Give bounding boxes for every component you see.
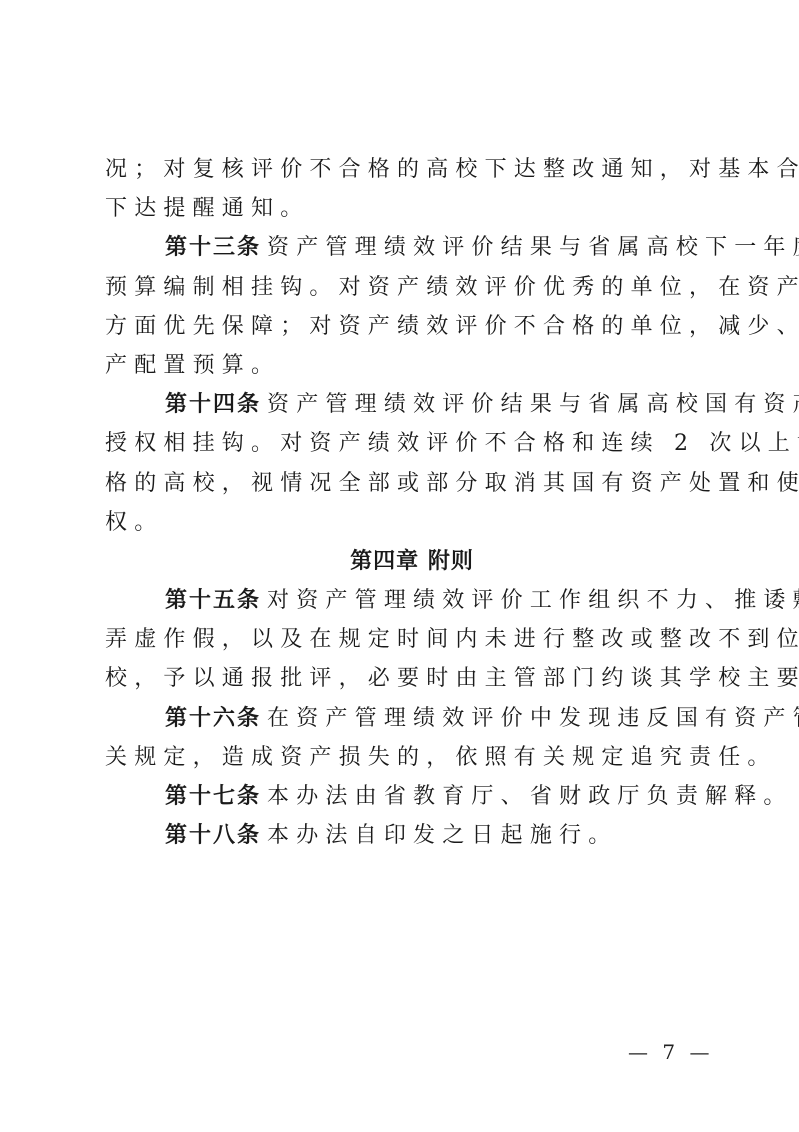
article-label: 第十三条 xyxy=(165,235,261,260)
paragraph-line: 方面优先保障；对资产绩效评价不合格的单位，减少、调整其资 xyxy=(105,307,705,346)
article-text: 在资产管理绩效评价中发现违反国有资产管理相 xyxy=(267,706,799,731)
article-text: 资产管理绩效评价结果与省属高校下一年度资产 xyxy=(267,235,799,260)
article-14: 第十四条资产管理绩效评价结果与省属高校国有资产管理 xyxy=(105,385,705,424)
document-body: 况；对复核评价不合格的高校下达整改通知，对基本合格的高校 下达提醒通知。 第十三… xyxy=(105,150,705,855)
paragraph-line: 弄虚作假，以及在规定时间内未进行整改或整改不到位的省属高 xyxy=(105,620,705,659)
article-label: 第十八条 xyxy=(165,823,261,848)
article-text: 资产管理绩效评价结果与省属高校国有资产管理 xyxy=(267,392,799,417)
paragraph-line: 况；对复核评价不合格的高校下达整改通知，对基本合格的高校 xyxy=(105,150,705,189)
article-label: 第十四条 xyxy=(165,392,261,417)
paragraph-line: 产配置预算。 xyxy=(105,346,705,385)
paragraph-line: 格的高校，视情况全部或部分取消其国有资产处置和使用管理授 xyxy=(105,464,705,503)
article-text: 本办法由省教育厅、省财政厅负责解释。 xyxy=(267,784,793,809)
page-number: — 7 — xyxy=(628,1040,713,1064)
paragraph-line: 关规定，造成资产损失的，依照有关规定追究责任。 xyxy=(105,738,705,777)
paragraph-line: 权。 xyxy=(105,503,705,542)
article-text: 对资产管理绩效评价工作组织不力、推诿敷衍、 xyxy=(267,588,799,613)
paragraph-line: 下达提醒通知。 xyxy=(105,189,705,228)
chapter-heading: 第四章 附则 xyxy=(105,542,705,581)
article-label: 第十五条 xyxy=(165,588,261,613)
article-text: 本办法自印发之日起施行。 xyxy=(267,823,617,848)
paragraph-line: 授权相挂钩。对资产绩效评价不合格和连续 2 次以上评为基本合 xyxy=(105,424,705,463)
article-15: 第十五条对资产管理绩效评价工作组织不力、推诿敷衍、 xyxy=(105,581,705,620)
paragraph-line: 预算编制相挂钩。对资产绩效评价优秀的单位，在资产配置预算 xyxy=(105,268,705,307)
article-16: 第十六条在资产管理绩效评价中发现违反国有资产管理相 xyxy=(105,699,705,738)
article-18: 第十八条本办法自印发之日起施行。 xyxy=(105,816,705,855)
article-label: 第十六条 xyxy=(165,706,261,731)
article-17: 第十七条本办法由省教育厅、省财政厅负责解释。 xyxy=(105,777,705,816)
paragraph-line: 校，予以通报批评，必要时由主管部门约谈其学校主要负责人。 xyxy=(105,659,705,698)
article-label: 第十七条 xyxy=(165,784,261,809)
article-13: 第十三条资产管理绩效评价结果与省属高校下一年度资产 xyxy=(105,228,705,267)
